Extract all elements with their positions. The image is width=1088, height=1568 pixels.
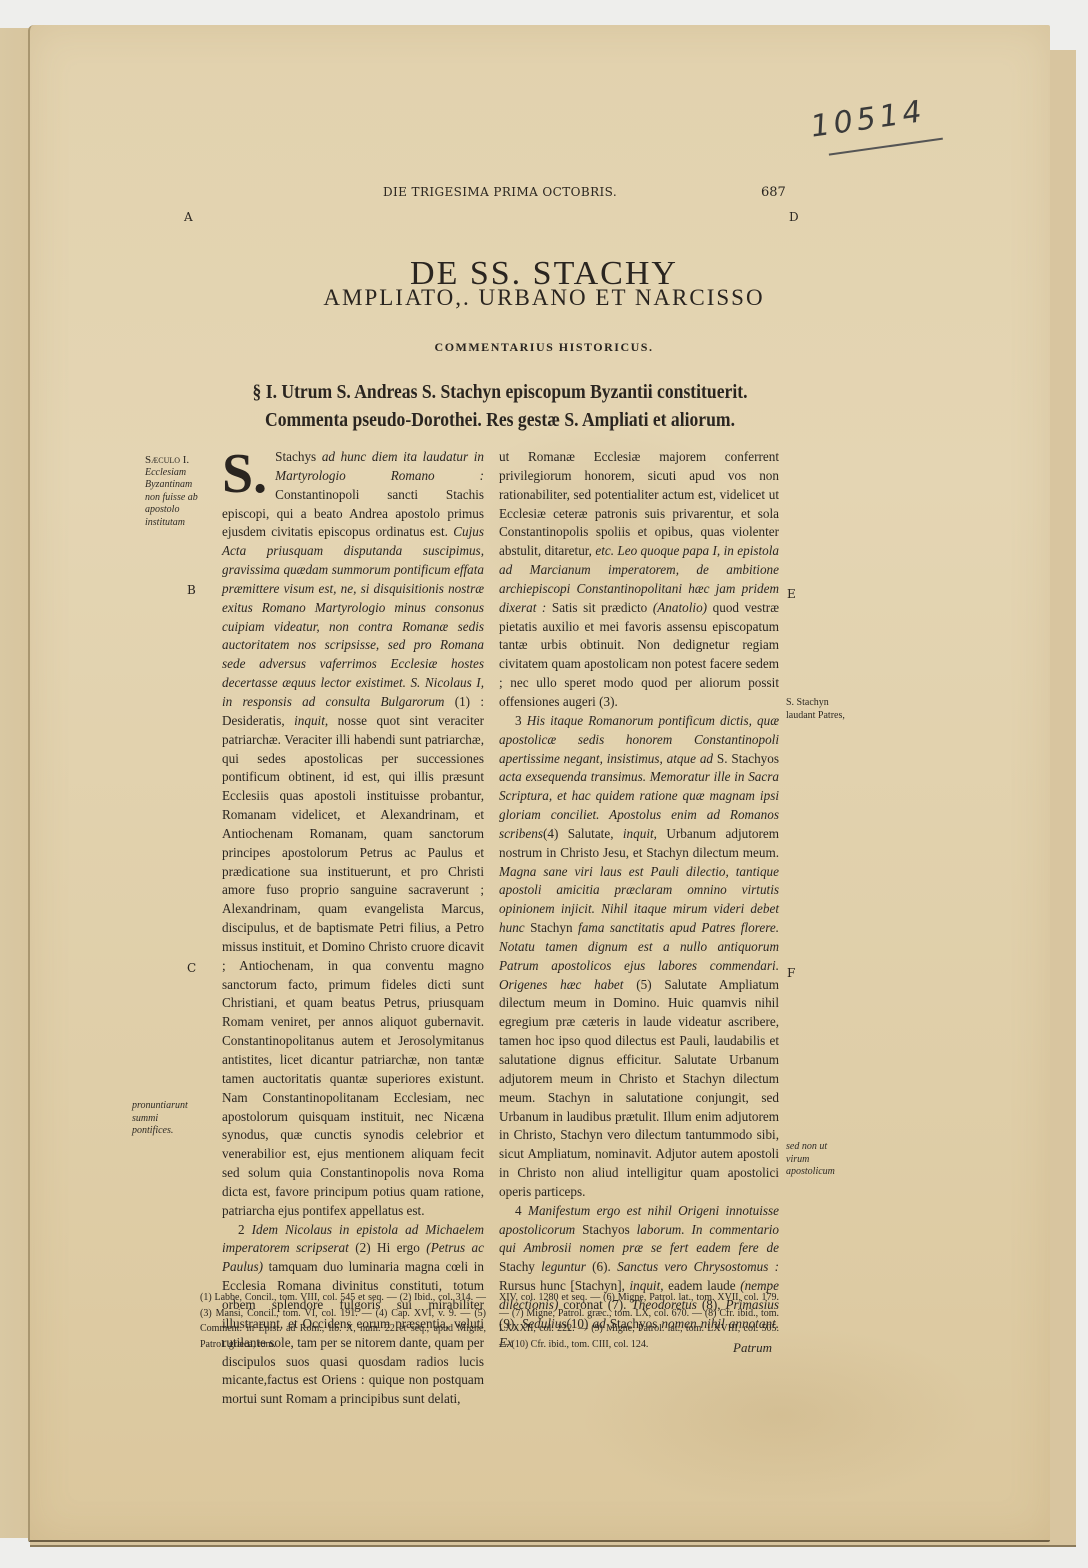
paragraph-1: S.Stachys ad hunc diem ita laudatur in M… bbox=[222, 448, 484, 1221]
text-run-italic: leguntur bbox=[541, 1259, 586, 1274]
text-run-italic: inquit bbox=[623, 826, 654, 841]
sidenote-right-2-text: sed non ut virum apostolicum bbox=[786, 1141, 835, 1177]
sidenote-right-2: sed non ut virum apostolicum bbox=[786, 1141, 848, 1179]
margin-letter-b: B bbox=[187, 583, 196, 597]
handwritten-underline bbox=[829, 138, 943, 156]
page-number: 687 bbox=[761, 185, 786, 200]
text-run-italic: Cujus Acta priusquam disputanda suscipim… bbox=[222, 524, 484, 709]
paragraph-3: 3 His itaque Romanorum pontificum dictis… bbox=[499, 712, 779, 1202]
text-run: quod vestræ pietatis auxilio et mei favo… bbox=[499, 600, 779, 709]
running-head: DIE TRIGESIMA PRIMA OCTOBRIS. bbox=[383, 185, 617, 199]
sidenote-right-1-text: S. Stachyn laudant Patres, bbox=[786, 697, 845, 721]
text-run: Stachyos bbox=[575, 1222, 636, 1237]
text-run: Satis sit prædicto bbox=[546, 600, 653, 615]
sidenote-left-2-text: pronuntiarunt summi pontifices. bbox=[132, 1100, 188, 1136]
text-run: (5) Salutate Ampliatum dilectum meum in … bbox=[499, 977, 779, 1199]
text-run: , nosse quot sint veraciter patriarchæ. … bbox=[222, 713, 484, 1218]
text-run: ut Romanæ Ecclesiæ majorem conferrent pr… bbox=[499, 449, 779, 558]
text-run: S. Stachyos bbox=[713, 751, 779, 766]
paragraph-number: 2 bbox=[238, 1222, 252, 1237]
text-run: Stachys bbox=[275, 449, 322, 464]
margin-letter-a: A bbox=[184, 210, 193, 224]
text-run: Stachy bbox=[499, 1259, 541, 1274]
text-run-italic: inquit bbox=[294, 713, 325, 728]
sidenote-left-1: Sæculo I. Ecclesiam Byzantinam non fuiss… bbox=[145, 454, 207, 529]
commentarius-label: COMMENTARIUS HISTORICUS. bbox=[0, 340, 1088, 355]
footnotes-left: (1) Labbe, Concil., tom. VIII, col. 545 … bbox=[200, 1290, 486, 1352]
sidenote-left-2: pronuntiarunt summi pontifices. bbox=[132, 1100, 196, 1138]
paragraph-2-continued: ut Romanæ Ecclesiæ majorem conferrent pr… bbox=[499, 448, 779, 712]
body-column-right: ut Romanæ Ecclesiæ majorem conferrent pr… bbox=[499, 448, 779, 1353]
catchword: Patrum bbox=[733, 1340, 772, 1356]
text-run: (2) Hi ergo bbox=[349, 1240, 426, 1255]
drop-cap: S. bbox=[222, 450, 267, 498]
section-heading-line-2: Commenta pseudo-Dorothei. Res gestæ S. A… bbox=[240, 406, 759, 434]
text-run: (6). bbox=[586, 1259, 617, 1274]
sidenote-left-1-text: Ecclesiam Byzantinam non fuisse ab apost… bbox=[145, 467, 198, 528]
text-run: Stachyn bbox=[525, 920, 578, 935]
margin-letter-d: D bbox=[789, 210, 799, 224]
sidenote-right-1: S. Stachyn laudant Patres, bbox=[786, 697, 848, 722]
section-heading-line-1: § I. Utrum S. Andreas S. Stachyn episcop… bbox=[240, 378, 759, 406]
text-run-italic: Sanctus vero Chrysostomus : bbox=[617, 1259, 779, 1274]
paragraph-number: 4 bbox=[515, 1203, 528, 1218]
text-run: (4) Salutate, bbox=[543, 826, 623, 841]
body-column-left: S.Stachys ad hunc diem ita laudatur in M… bbox=[222, 448, 484, 1409]
text-run-italic: (Anatolio) bbox=[653, 600, 707, 615]
margin-letter-c: C bbox=[187, 961, 196, 975]
sidenote-saeculo: Sæculo I. bbox=[145, 454, 207, 467]
section-heading: § I. Utrum S. Andreas S. Stachyn episcop… bbox=[240, 378, 759, 434]
margin-letter-f: F bbox=[787, 966, 795, 980]
article-subtitle: AMPLIATO,. URBANO ET NARCISSO bbox=[0, 285, 1088, 311]
margin-letter-e: E bbox=[787, 587, 796, 601]
paragraph-number: 3 bbox=[515, 713, 527, 728]
